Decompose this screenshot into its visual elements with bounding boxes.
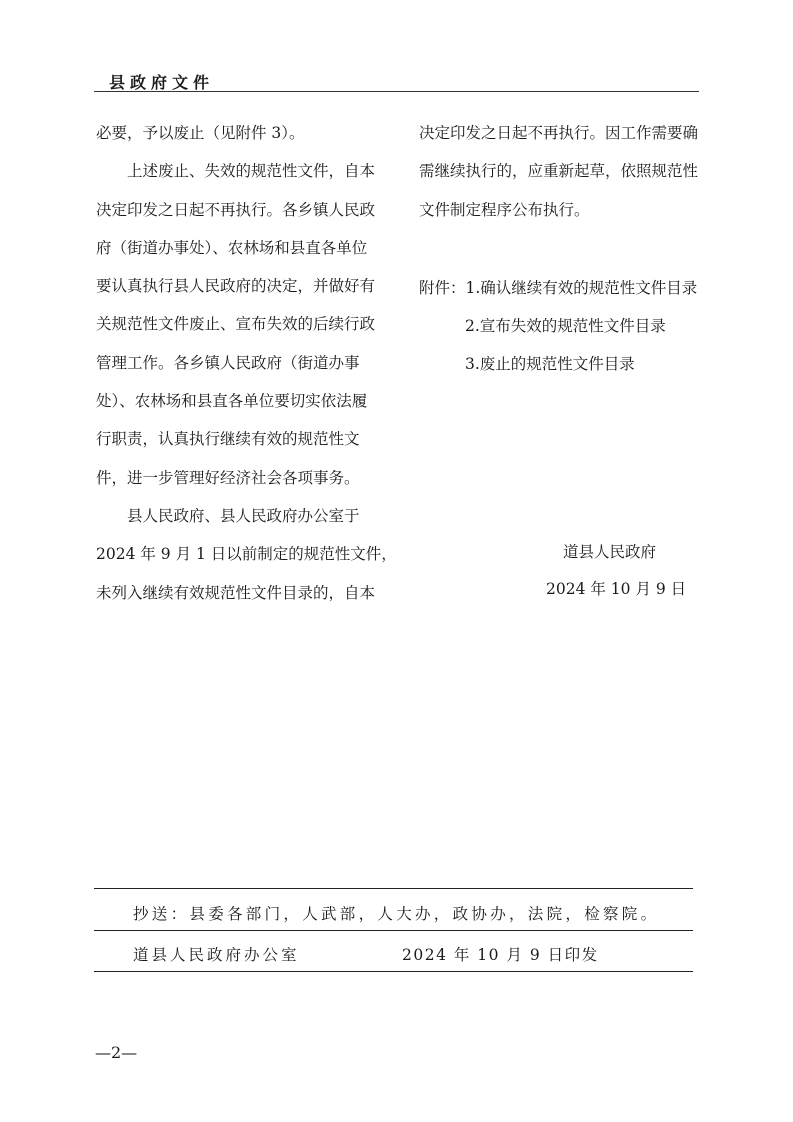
signature-date: 2024 年 10 月 9 日 <box>546 577 686 599</box>
footer-rule-middle <box>94 930 693 931</box>
signature-org: 道县人民政府 <box>563 540 656 562</box>
issuing-office: 道县人民政府办公室 <box>133 943 300 965</box>
body-line: 关规范性文件废止、宣布失效的后续行政 <box>96 313 382 351</box>
body-line: 未列入继续有效规范性文件目录的，自本 <box>96 582 382 620</box>
body-line: 决定印发之日起不再执行。因工作需要确 <box>419 122 705 160</box>
attachment-item-2: 2.宣布失效的规范性文件目录 <box>465 314 666 336</box>
footer-rule-bottom <box>94 971 693 972</box>
body-line: 要认真执行县人民政府的决定，并做好有 <box>96 275 382 313</box>
document-header-title: 县政府文件 <box>109 70 214 93</box>
attachment-label: 附件： <box>419 279 466 297</box>
body-line: 2024 年 9 月 1 日以前制定的规范性文件， <box>96 543 382 581</box>
body-line: 处）、农林场和县直各单位要切实依法履 <box>96 390 382 428</box>
issue-date: 2024 年 10 月 9 日印发 <box>402 943 599 965</box>
body-line: 府（街道办事处）、农林场和县直各单位 <box>96 237 382 275</box>
page-number: —2— <box>95 1043 137 1062</box>
body-line: 必要，予以废止（见附件 3）。 <box>96 122 382 160</box>
body-line: 件，进一步管理好经济社会各项事务。 <box>96 467 382 505</box>
body-line: 管理工作。各乡镇人民政府（街道办事 <box>96 352 382 390</box>
cc-distribution: 抄送：县委各部门，人武部，人大办，政协办，法院，检察院。 <box>133 902 659 924</box>
attachment-text: 1.确认继续有效的规范性文件目录 <box>466 279 698 297</box>
body-line: 行职责，认真执行继续有效的规范性文 <box>96 428 382 466</box>
attachment-item-1: 附件：1.确认继续有效的规范性文件目录 <box>419 276 697 298</box>
body-right-column: 决定印发之日起不再执行。因工作需要确 需继续执行的，应重新起草，依照规范性 文件… <box>419 122 705 237</box>
body-line: 上述废止、失效的规范性文件，自本 <box>96 160 382 198</box>
body-line: 需继续执行的，应重新起草，依照规范性 <box>419 160 705 198</box>
header-divider <box>94 91 699 92</box>
body-left-column: 必要，予以废止（见附件 3）。 上述废止、失效的规范性文件，自本 决定印发之日起… <box>96 122 382 620</box>
attachment-item-3: 3.废止的规范性文件目录 <box>465 352 635 374</box>
body-line: 文件制定程序公布执行。 <box>419 199 705 237</box>
footer-rule-top <box>94 888 693 889</box>
body-line: 县人民政府、县人民政府办公室于 <box>96 505 382 543</box>
body-line: 决定印发之日起不再执行。各乡镇人民政 <box>96 199 382 237</box>
